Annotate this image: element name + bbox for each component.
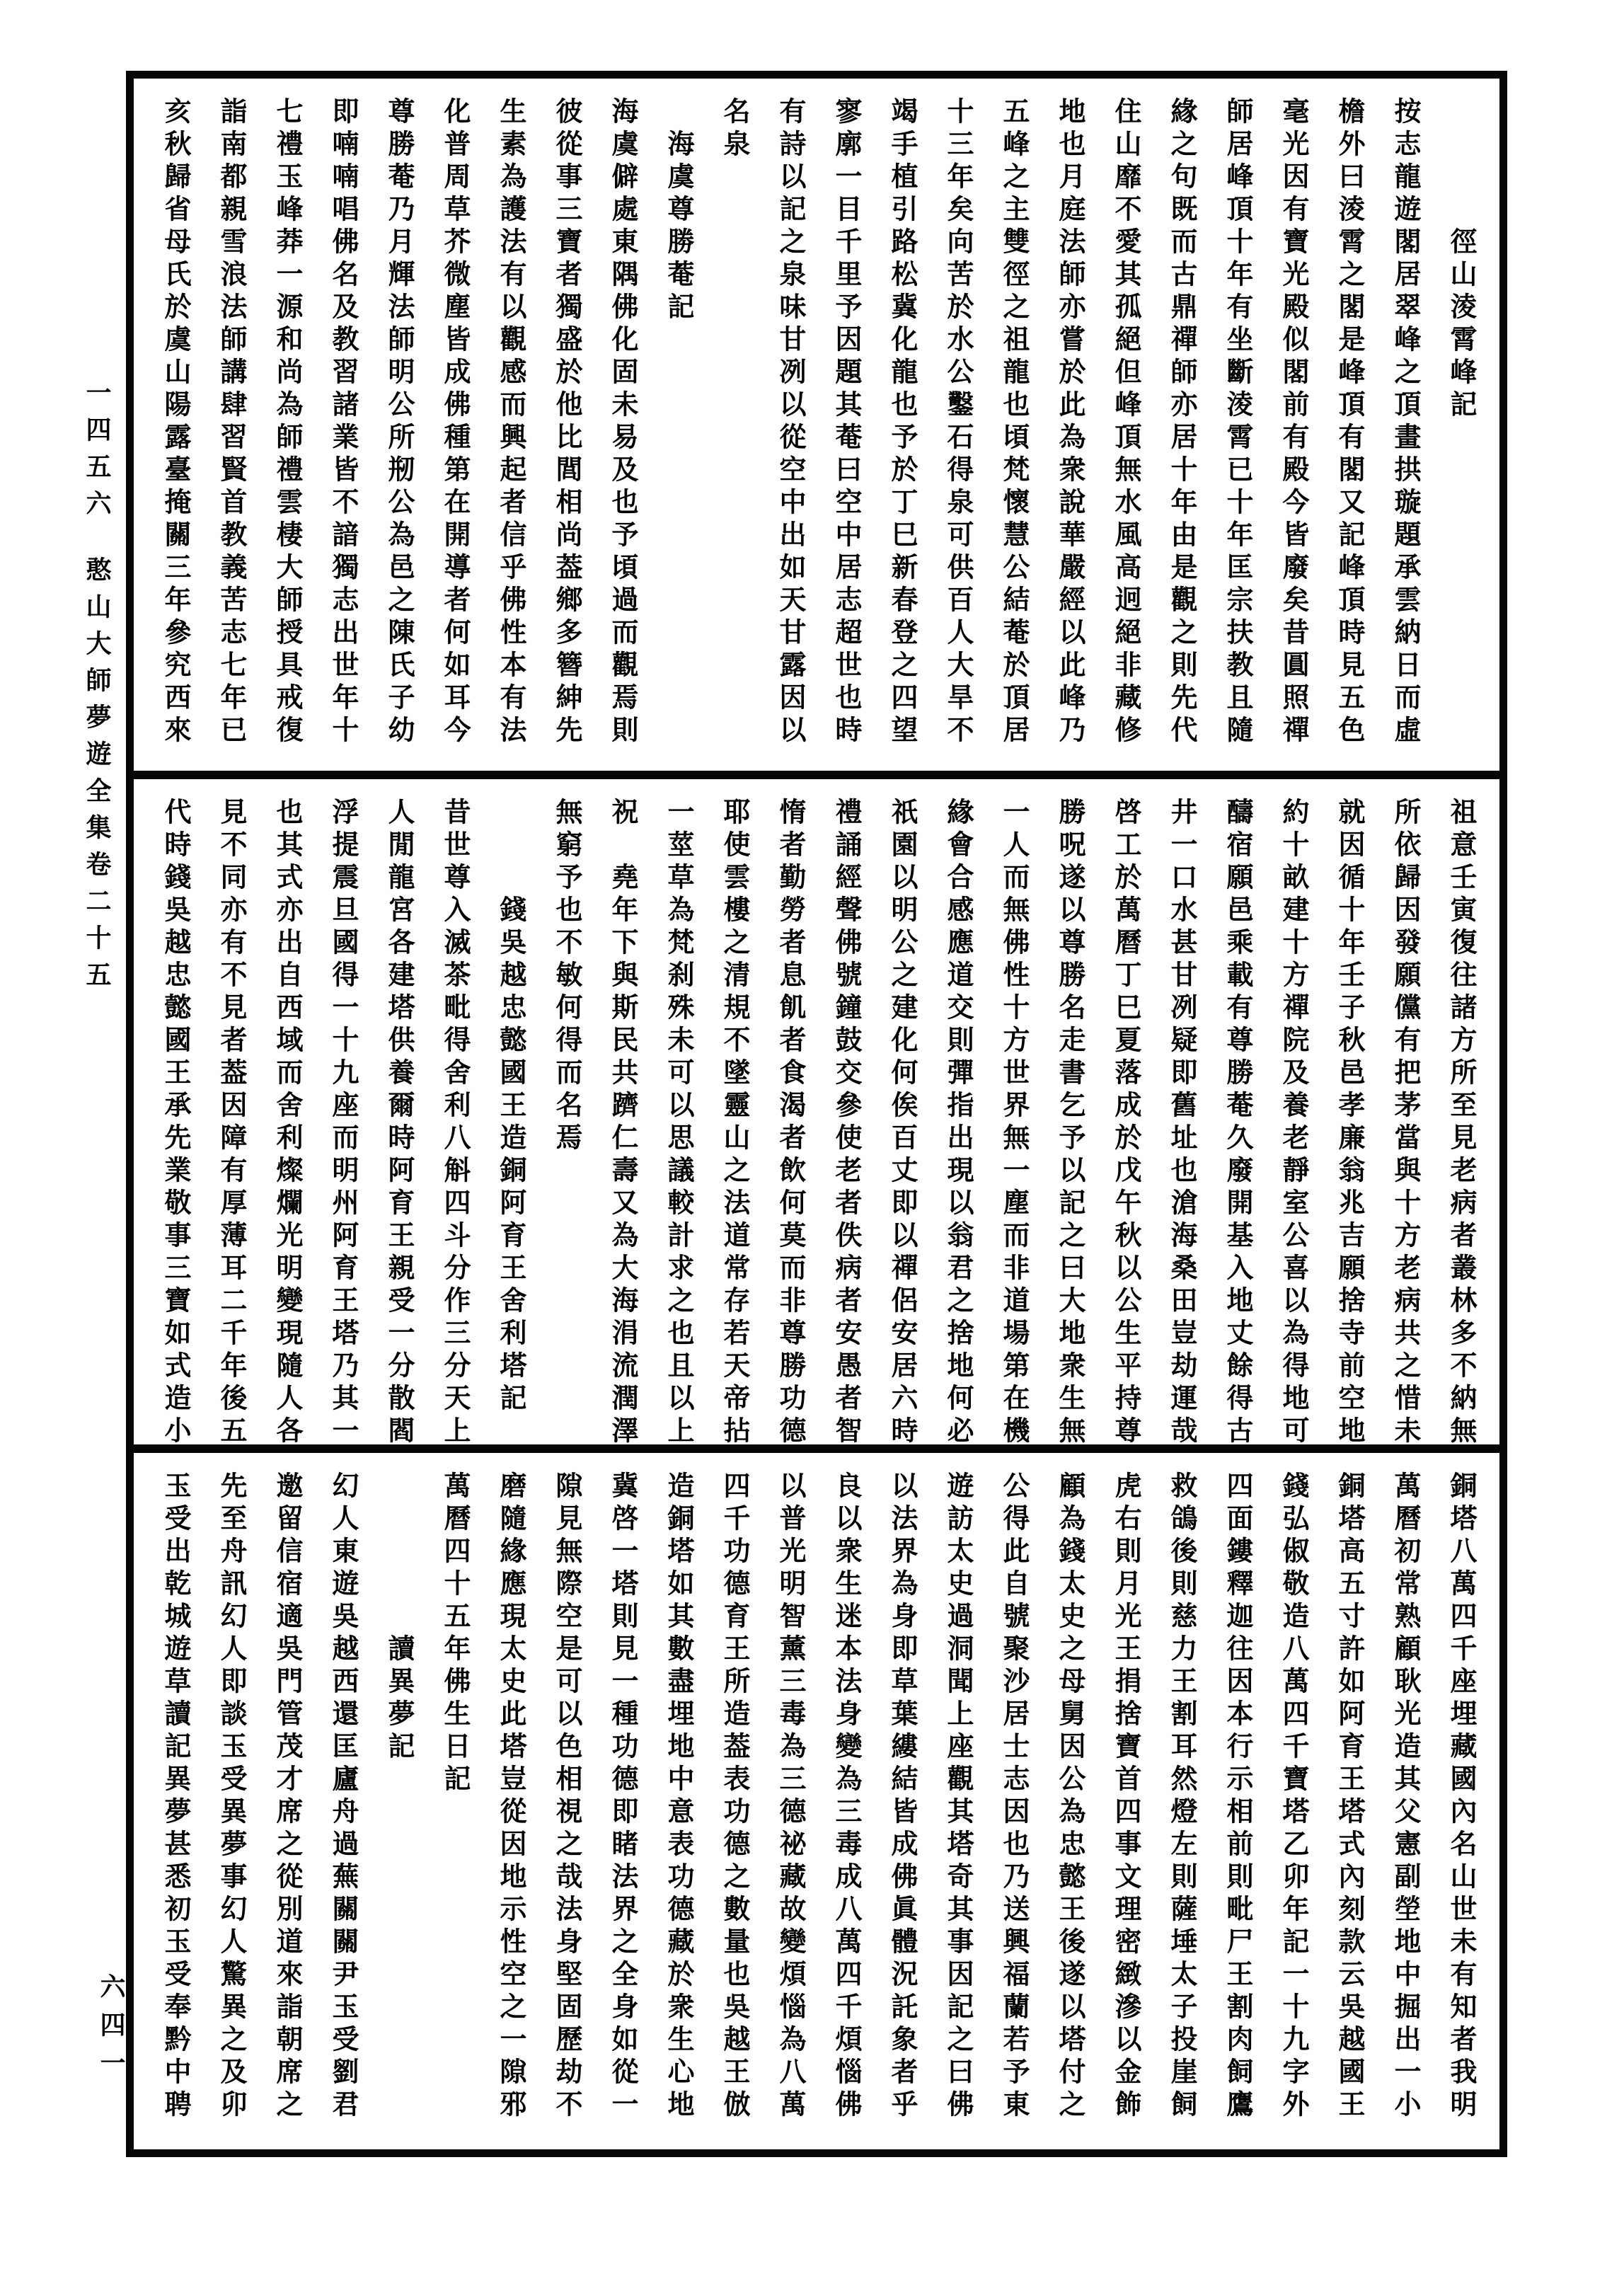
- folio-page-number: 六四一: [93, 1973, 129, 2088]
- text-column: 見不同亦有不見者葢因障有厚薄耳二千年後五: [202, 798, 258, 1444]
- text-section-bottom: 銅塔八萬四千座埋藏國內名山世未有知者我明萬曆初常熟顧耿光造其父憲副塋地中掘出一小…: [134, 1453, 1499, 2149]
- text-column: 竭手植引路松冀化龍也予於丁巳新春登之四望: [873, 97, 929, 771]
- text-column: 啓工於萬曆丁巳夏落成於戊午秋以公生平持尊: [1097, 798, 1153, 1444]
- text-column: 四千功德育王所造葢表功德之數量也吳越王倣: [706, 1471, 761, 2149]
- text-column: 毫光因有寶光殿似閣前有殿今皆廢矣昔圓照禪: [1265, 97, 1320, 771]
- text-column: 檐外曰淩霄之閣是峰頂有閣又記峰頂時見五色: [1320, 97, 1376, 771]
- text-column: 勝呪遂以尊勝名走書乞予以記之曰大地衆生無: [1041, 798, 1097, 1444]
- text-column: 無窮予也不敏何得而名焉: [538, 798, 594, 1444]
- text-column: 邀留信宿適吳門管茂才席之從別道來詣朝席之: [258, 1471, 314, 2149]
- text-column: 磨隨緣應現太史此塔豈從因地示性空之一隙邪: [482, 1471, 538, 2149]
- text-column: 造銅塔如其數盡埋地中意表功德藏於衆生心地: [650, 1471, 706, 2149]
- text-column: 十三年矣向苦於水公鑿石得泉可供百人大旱不: [929, 97, 985, 771]
- text-column: 一人而無佛性十方世界無一塵而非道場第在機: [985, 798, 1041, 1444]
- text-column: 昔世尊入滅茶毗得舍利八斛四斗分作三分天上: [426, 798, 482, 1444]
- text-column: 虎右則月光王捐捨寶首四事文理密緻滲以金飾: [1097, 1471, 1153, 2149]
- text-column: 徑山淩霄峰記: [1432, 97, 1488, 771]
- text-column: 人閒龍宮各建塔供養爾時阿育王親受一分散閻: [370, 798, 426, 1444]
- folio-label: 一四五六: [83, 379, 111, 527]
- text-column: 按志龍遊閣居翠峰之頂畫拱璇題承雲納日而虛: [1376, 97, 1432, 771]
- text-column: 醻宿願邑乘載有尊勝菴久廢開基入地丈餘得古: [1209, 798, 1265, 1444]
- page-frame: 徑山淩霄峰記按志龍遊閣居翠峰之頂畫拱璇題承雲納日而虛檐外曰淩霄之閣是峰頂有閣又記…: [126, 71, 1507, 2157]
- text-column: 以普光明智薰三毒為三德祕藏故變煩惱為八萬: [761, 1471, 817, 2149]
- text-section-middle: 祖意壬寅復往諸方所至見老病者叢林多不納無所依歸因發願儻有把茅當與十方老病共之惜未…: [134, 779, 1499, 1453]
- text-column: 浮提震旦國得一十九座而明州阿育王塔乃其一: [314, 798, 370, 1444]
- text-column: 也其式亦出自西域而舍利燦爛光明變現隨人各: [258, 798, 314, 1444]
- text-column: 銅塔高五寸許如阿育王塔式內刻款云吳越國王: [1320, 1471, 1376, 2149]
- text-column: 耶使雲樓之清規不墜靈山之法道常存若天帝拈: [706, 798, 761, 1444]
- text-column: 所依歸因發願儻有把茅當與十方老病共之惜未: [1376, 798, 1432, 1444]
- text-column: 萬曆四十五年佛生日記: [426, 1471, 482, 2149]
- text-column: 代時錢吳越忠懿國王承先業敬事三寶如式造小: [146, 798, 202, 1444]
- text-column: 四面鏤釋迦往因本行示相前則毗尸王割肉飼鷹: [1209, 1471, 1265, 2149]
- text-column: 生素為護法有以觀感而興起者信乎佛性本有法: [482, 97, 538, 771]
- text-column: 惰者勤勞者息飢者食渴者飲何莫而非尊勝功德: [761, 798, 817, 1444]
- text-column: 銅塔八萬四千座埋藏國內名山世未有知者我明: [1432, 1471, 1488, 2149]
- volume-title: 憨山大師夢遊全集卷二十五: [83, 556, 111, 998]
- text-column: 七禮玉峰莽一源和尚為師禮雲棲大師授具戒復: [258, 97, 314, 771]
- text-column: 名泉: [706, 97, 761, 771]
- text-column: 井一口水甚甘冽疑即舊址也滄海桑田豈劫運哉: [1153, 798, 1209, 1444]
- text-column: 祖意壬寅復往諸方所至見老病者叢林多不納無: [1432, 798, 1488, 1444]
- text-column: 祝 堯年下與斯民共躋仁壽又為大海涓流潤澤: [594, 798, 650, 1444]
- text-column: 即喃喃唱佛名及教習諸業皆不諳獨志出世年十: [314, 97, 370, 771]
- text-column: 隙見無際空是可以色相視之哉法身堅固歷劫不: [538, 1471, 594, 2149]
- text-column: 冀啓一塔則見一種功德即睹法界之全身如從一: [594, 1471, 650, 2149]
- text-column: 玉受出乾城遊草讀記異夢甚悉初玉受奉黔中聘: [146, 1471, 202, 2149]
- text-column: 彼從事三寶者獨盛於他比閭相尚葢鄉多簪紳先: [538, 97, 594, 771]
- text-column: 師居峰頂十年有坐斷淩霄已十年匡宗扶教且隨: [1209, 97, 1265, 771]
- text-column: 化普周草芥微塵皆成佛種第在開導者何如耳今: [426, 97, 482, 771]
- text-column: 禮誦經聲佛號鐘鼓交參使老者佚病者安愚者智: [817, 798, 873, 1444]
- text-column: 萬曆初常熟顧耿光造其父憲副塋地中掘出一小: [1376, 1471, 1432, 2149]
- text-column: 有詩以記之泉味甘冽以從空中出如天甘露因以: [761, 97, 817, 771]
- text-column: 海虞尊勝菴記: [650, 97, 706, 771]
- text-column: 緣之句既而古鼎禪師亦居十年由是觀之則先代: [1153, 97, 1209, 771]
- text-column: 錢吳越忠懿國王造銅阿育王舍利塔記: [482, 798, 538, 1444]
- text-column: 約十畝建十方禪院及養老靜室公喜以為得地可: [1265, 798, 1320, 1444]
- text-column: 先至舟訊幻人即談玉受異夢事幻人驚異之及卯: [202, 1471, 258, 2149]
- text-column: 救鴿後則慈力王割耳然燈左則薩埵太子投崖飼: [1153, 1471, 1209, 2149]
- text-column: 錢弘俶敬造八萬四千寶塔乙卯年記一十九字外: [1265, 1471, 1320, 2149]
- text-section-top: 徑山淩霄峰記按志龍遊閣居翠峰之頂畫拱璇題承雲納日而虛檐外曰淩霄之閣是峰頂有閣又記…: [134, 79, 1499, 779]
- text-column: 尊勝菴乃月輝法師明公所剏公為邑之陳氏子幼: [370, 97, 426, 771]
- text-column: 亥秋歸省母氏於虞山陽露臺掩關三年參究西來: [146, 97, 202, 771]
- text-column: 良以衆生迷本法身變為三毒成八萬四千煩惱佛: [817, 1471, 873, 2149]
- text-column: 地也月庭法師亦嘗於此為衆說華嚴經以此峰乃: [1041, 97, 1097, 771]
- text-column: 就因循十年壬子秋邑孝廉翁兆吉願捨寺前空地: [1320, 798, 1376, 1444]
- text-column: 寥廓一目千里予因題其菴曰空中居志超世也時: [817, 97, 873, 771]
- text-column: 住山靡不愛其孤絕但峰頂無水風高迥絕非藏修: [1097, 97, 1153, 771]
- text-column: 海虞僻處東隅佛化固未易及也予頃過而觀焉則: [594, 97, 650, 771]
- text-column: 祇園以明公之建化何俟百丈即以禪侶安居六時: [873, 798, 929, 1444]
- text-column: 讀異夢記: [370, 1471, 426, 2149]
- text-column: 一莖草為梵刹殊未可以思議較計求之也且以上: [650, 798, 706, 1444]
- text-column: 幻人東遊吳越西還匡廬舟過蕪關關尹玉受劉君: [314, 1471, 370, 2149]
- text-column: 公得此自號聚沙居士志因也乃送興福蘭若予東: [985, 1471, 1041, 2149]
- text-column: 緣會合感應道交則彈指出現以翁君之捨地何必: [929, 798, 985, 1444]
- text-column: 詣南都親雪浪法師講肆習賢首教義苦志七年已: [202, 97, 258, 771]
- text-column: 遊訪太史過洞聞上座觀其塔奇其事因記之曰佛: [929, 1471, 985, 2149]
- text-column: 顧為錢太史之母舅因公為忠懿王後遂以塔付之: [1041, 1471, 1097, 2149]
- text-column: 五峰之主雙徑之祖龍也頃梵懷慧公結菴於頂居: [985, 97, 1041, 771]
- text-column: 以法界為身即草葉縷結皆成佛眞體況託象者乎: [873, 1471, 929, 2149]
